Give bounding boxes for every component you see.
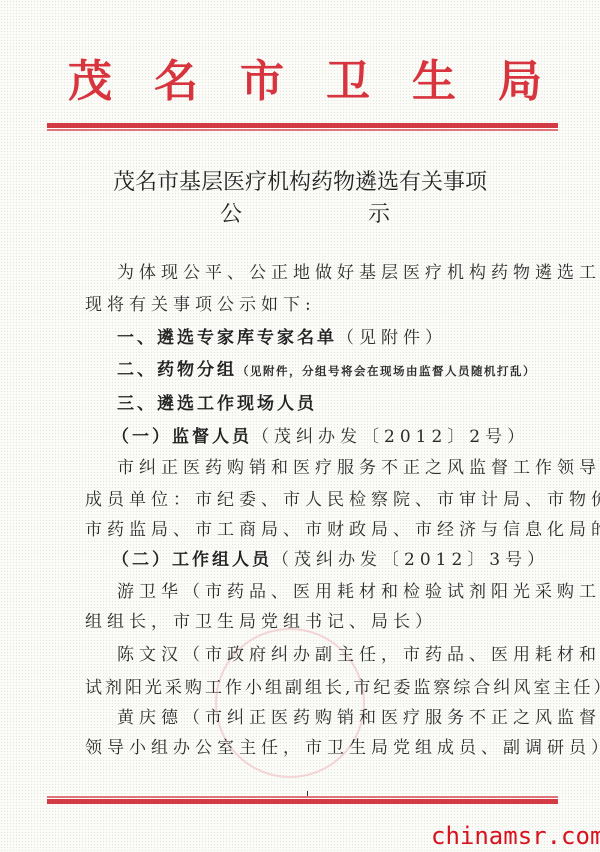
person-1-line-2: 组组长，市卫生局党组书记、局长） [85,610,555,634]
person-3-line-2: 领导小组办公室主任，市卫生局党组成员、副调研员） [85,736,555,760]
letterhead-char: 生 [404,52,464,112]
item-2-note: （见附件，分组号将会在现场由监督人员随机打乱） [237,364,536,378]
item-2-heading: 二、药物分组 [117,360,237,380]
section-2-heading: （二）工作组人员 [112,550,272,570]
person-2-line-2: 试剂阳光采购工作小组副组长,市纪委监察综合纠风室主任） [85,676,555,700]
item-3-heading: 三、遴选工作现场人员 [117,394,317,414]
document-title: 茂名市基层医疗机构药物遴选有关事项 [0,168,600,198]
item-2: 二、药物分组（见附件，分组号将会在现场由监督人员随机打乱） [117,358,587,383]
section-1-heading: （一）监督人员 [112,427,252,447]
letterhead-char: 茂 [60,52,120,112]
header-rule-thin [47,129,558,131]
person-1-line-1: 游卫华（市药品、医用耗材和检验试剂阳光采购工作小 [117,580,587,604]
intro-line-2: 现将有关事项公示如下: [85,293,555,317]
item-1-note: （见附件） [337,328,447,348]
letterhead-char: 名 [146,52,206,112]
header-rule-thick [47,123,558,128]
section-2: （二）工作组人员（茂纠办发〔2012〕3号） [112,548,582,572]
letterhead-char: 局 [490,52,550,112]
footer-rule-thick [47,799,558,804]
person-2-line-1: 陈文汉（市政府纠办副主任，市药品、医用耗材和检验 [117,643,587,667]
letterhead-char: 卫 [318,52,378,112]
item-3: 三、遴选工作现场人员 [117,392,587,416]
subtitle-char: 示 [368,200,390,230]
item-1: 一、遴选专家库专家名单（见附件） [117,326,587,350]
letterhead-char: 市 [232,52,292,112]
letterhead-title: 茂 名 市 卫 生 局 [60,52,550,112]
subtitle-char: 公 [220,200,242,230]
section-1-line-1: 市纠正医药购销和医疗服务不正之风监督工作领导小组 [117,456,587,480]
section-1-line-3: 市药监局、市工商局、市财政局、市经济与信息化局的代表。 [85,518,555,542]
section-1-line-2: 成员单位：市纪委、市人民检察院、市审计局、市物价局、 [85,488,555,512]
section-1: （一）监督人员（茂纠办发〔2012〕2号） [112,425,582,449]
intro-line-1: 为体现公平、公正地做好基层医疗机构药物遴选工作， [117,261,587,285]
section-2-reference: （茂纠办发〔2012〕3号） [272,550,549,570]
section-1-reference: （茂纠办发〔2012〕2号） [252,427,529,447]
footer-rule-thin [47,796,558,798]
item-1-heading: 一、遴选专家库专家名单 [117,328,337,348]
person-3-line-1: 黄庆德（市纠正医药购销和医疗服务不正之风监督工作 [117,706,587,730]
site-watermark: chinamsr.com [431,822,600,850]
document-subtitle: 公 示 [220,200,390,230]
